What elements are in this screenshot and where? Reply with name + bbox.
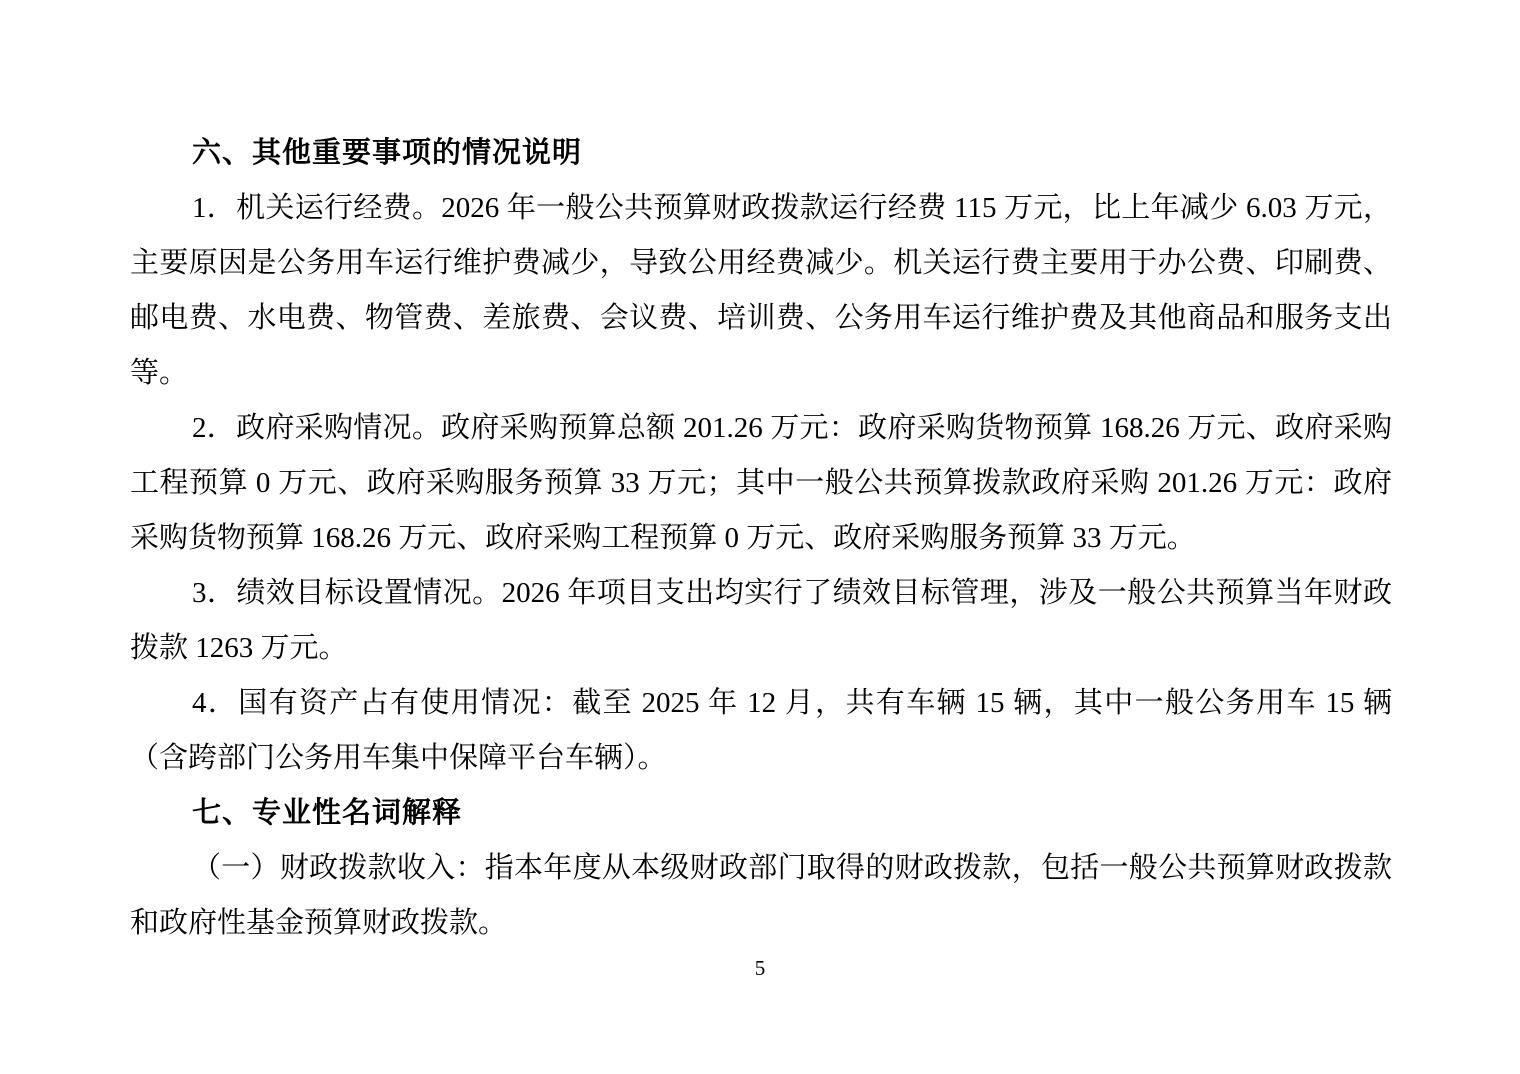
document-content: 六、其他重要事项的情况说明 1．机关运行经费。2026 年一般公共预算财政拨款运… — [130, 126, 1392, 951]
paragraph-fiscal-appropriation-income: （一）财政拨款收入：指本年度从本级财政部门取得的财政拨款，包括一般公共预算财政拨… — [130, 841, 1392, 951]
section-heading-terminology: 七、专业性名词解释 — [130, 786, 1392, 841]
section-heading-other-important-matters: 六、其他重要事项的情况说明 — [130, 126, 1392, 181]
paragraph-government-procurement: 2．政府采购情况。政府采购预算总额 201.26 万元：政府采购货物预算 168… — [130, 401, 1392, 566]
document-page: 六、其他重要事项的情况说明 1．机关运行经费。2026 年一般公共预算财政拨款运… — [0, 0, 1520, 1074]
paragraph-agency-operating-funds: 1．机关运行经费。2026 年一般公共预算财政拨款运行经费 115 万元，比上年… — [130, 181, 1392, 401]
paragraph-state-owned-assets: 4．国有资产占有使用情况：截至 2025 年 12 月，共有车辆 15 辆，其中… — [130, 676, 1392, 786]
page-number: 5 — [0, 953, 1520, 983]
paragraph-performance-targets: 3．绩效目标设置情况。2026 年项目支出均实行了绩效目标管理，涉及一般公共预算… — [130, 566, 1392, 676]
